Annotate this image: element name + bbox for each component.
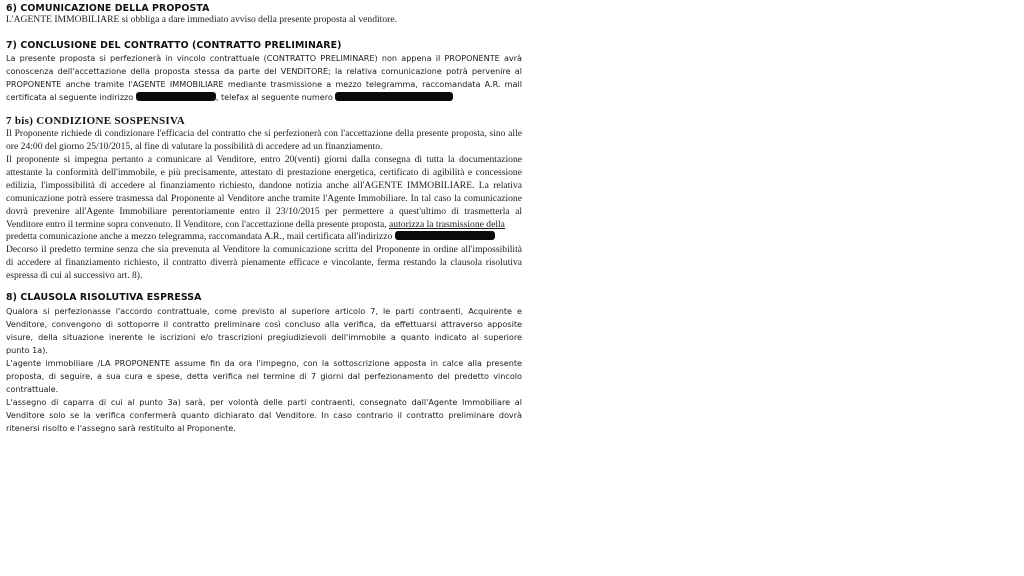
section-6: 6) COMUNICAZIONE DELLA PROPOSTA L'AGENTE… [6,3,522,27]
text-line: contrattuale. [6,383,522,396]
text-line: espressa di cui al successivo art. 8). [6,270,522,283]
text-line: proposta, di seguire, a sua cura e spese… [6,370,522,383]
text-line: edilizia, l'impossibilità di accedere al… [6,180,522,193]
text-line: La presente proposta si perfezionerà in … [6,52,522,65]
text-line: ritenersi risolto e l'assegno sarà resti… [6,422,522,435]
text-line: visure, della situazione inerente le isc… [6,331,522,344]
text-fragment: predetta comunicazione anche a mezzo tel… [6,231,395,242]
section-heading: 6) COMUNICAZIONE DELLA PROPOSTA [6,3,522,14]
text-line: PROPONENTE anche tramite l'AGENTE IMMOBI… [6,78,522,91]
section-body: La presente proposta si perfezionerà in … [6,52,522,104]
text-line: Venditore solo se la verifica confermerà… [6,409,522,422]
redacted-fax-number [335,92,453,101]
text-fragment: Venditore entro il termine sopra convenu… [6,219,389,230]
section-7bis: 7 bis) CONDIZIONE SOSPENSIVA Il Proponen… [6,115,522,282]
text-fragment: certificata al seguente indirizzo [6,92,136,102]
text-line: Venditore entro il termine sopra convenu… [6,219,522,232]
section-7: 7) CONCLUSIONE DEL CONTRATTO (CONTRATTO … [6,40,522,104]
text-line: predetta comunicazione anche a mezzo tel… [6,231,522,244]
section-8: 8) CLAUSOLA RISOLUTIVA ESPRESSA Qualora … [6,292,522,436]
text-line: Venditore, convengono di sottoporre il c… [6,318,522,331]
text-line: attestante la conformità dell'immobile, … [6,167,522,180]
text-line: certificata al seguente indirizzo , tele… [6,91,522,104]
section-heading: 7) CONCLUSIONE DEL CONTRATTO (CONTRATTO … [6,40,522,51]
text-line: conoscenza dell'accettazione della propo… [6,65,522,78]
redacted-email [136,92,216,101]
text-line: di accedere al finanziamento richiesto, … [6,257,522,270]
text-line: ore 24:00 del giorno 25/10/2015, al fine… [6,141,522,154]
redacted-email [395,231,495,240]
section-body: Il Proponente richiede di condizionare l… [6,128,522,282]
section-body: Qualora si perfezionasse l'accordo contr… [6,305,522,436]
text-line: comunicazione potrà essere trasmessa dal… [6,193,522,206]
text-line: Qualora si perfezionasse l'accordo contr… [6,305,522,318]
text-line: Il Proponente richiede di condizionare l… [6,128,522,141]
section-heading: 8) CLAUSOLA RISOLUTIVA ESPRESSA [6,292,522,303]
text-line: L'AGENTE IMMOBILIARE si obbliga a dare i… [6,14,522,27]
text-line: dovrà prevenire all'Agente Immobiliare p… [6,206,522,219]
section-heading: 7 bis) CONDIZIONE SOSPENSIVA [6,115,522,127]
text-line: Il proponente si impegna pertanto a comu… [6,154,522,167]
text-line: L'agente immobiliare /LA PROPONENTE assu… [6,357,522,370]
text-line: L'assegno di caparra di cui al punto 3a)… [6,396,522,409]
text-line: punto 1a). [6,344,522,357]
text-fragment: , telefax al seguente numero [216,92,336,102]
text-line: Decorso il predetto termine senza che si… [6,244,522,257]
underlined-text: autorizza la trasmissione della [389,219,505,230]
section-body: L'AGENTE IMMOBILIARE si obbliga a dare i… [6,14,522,27]
